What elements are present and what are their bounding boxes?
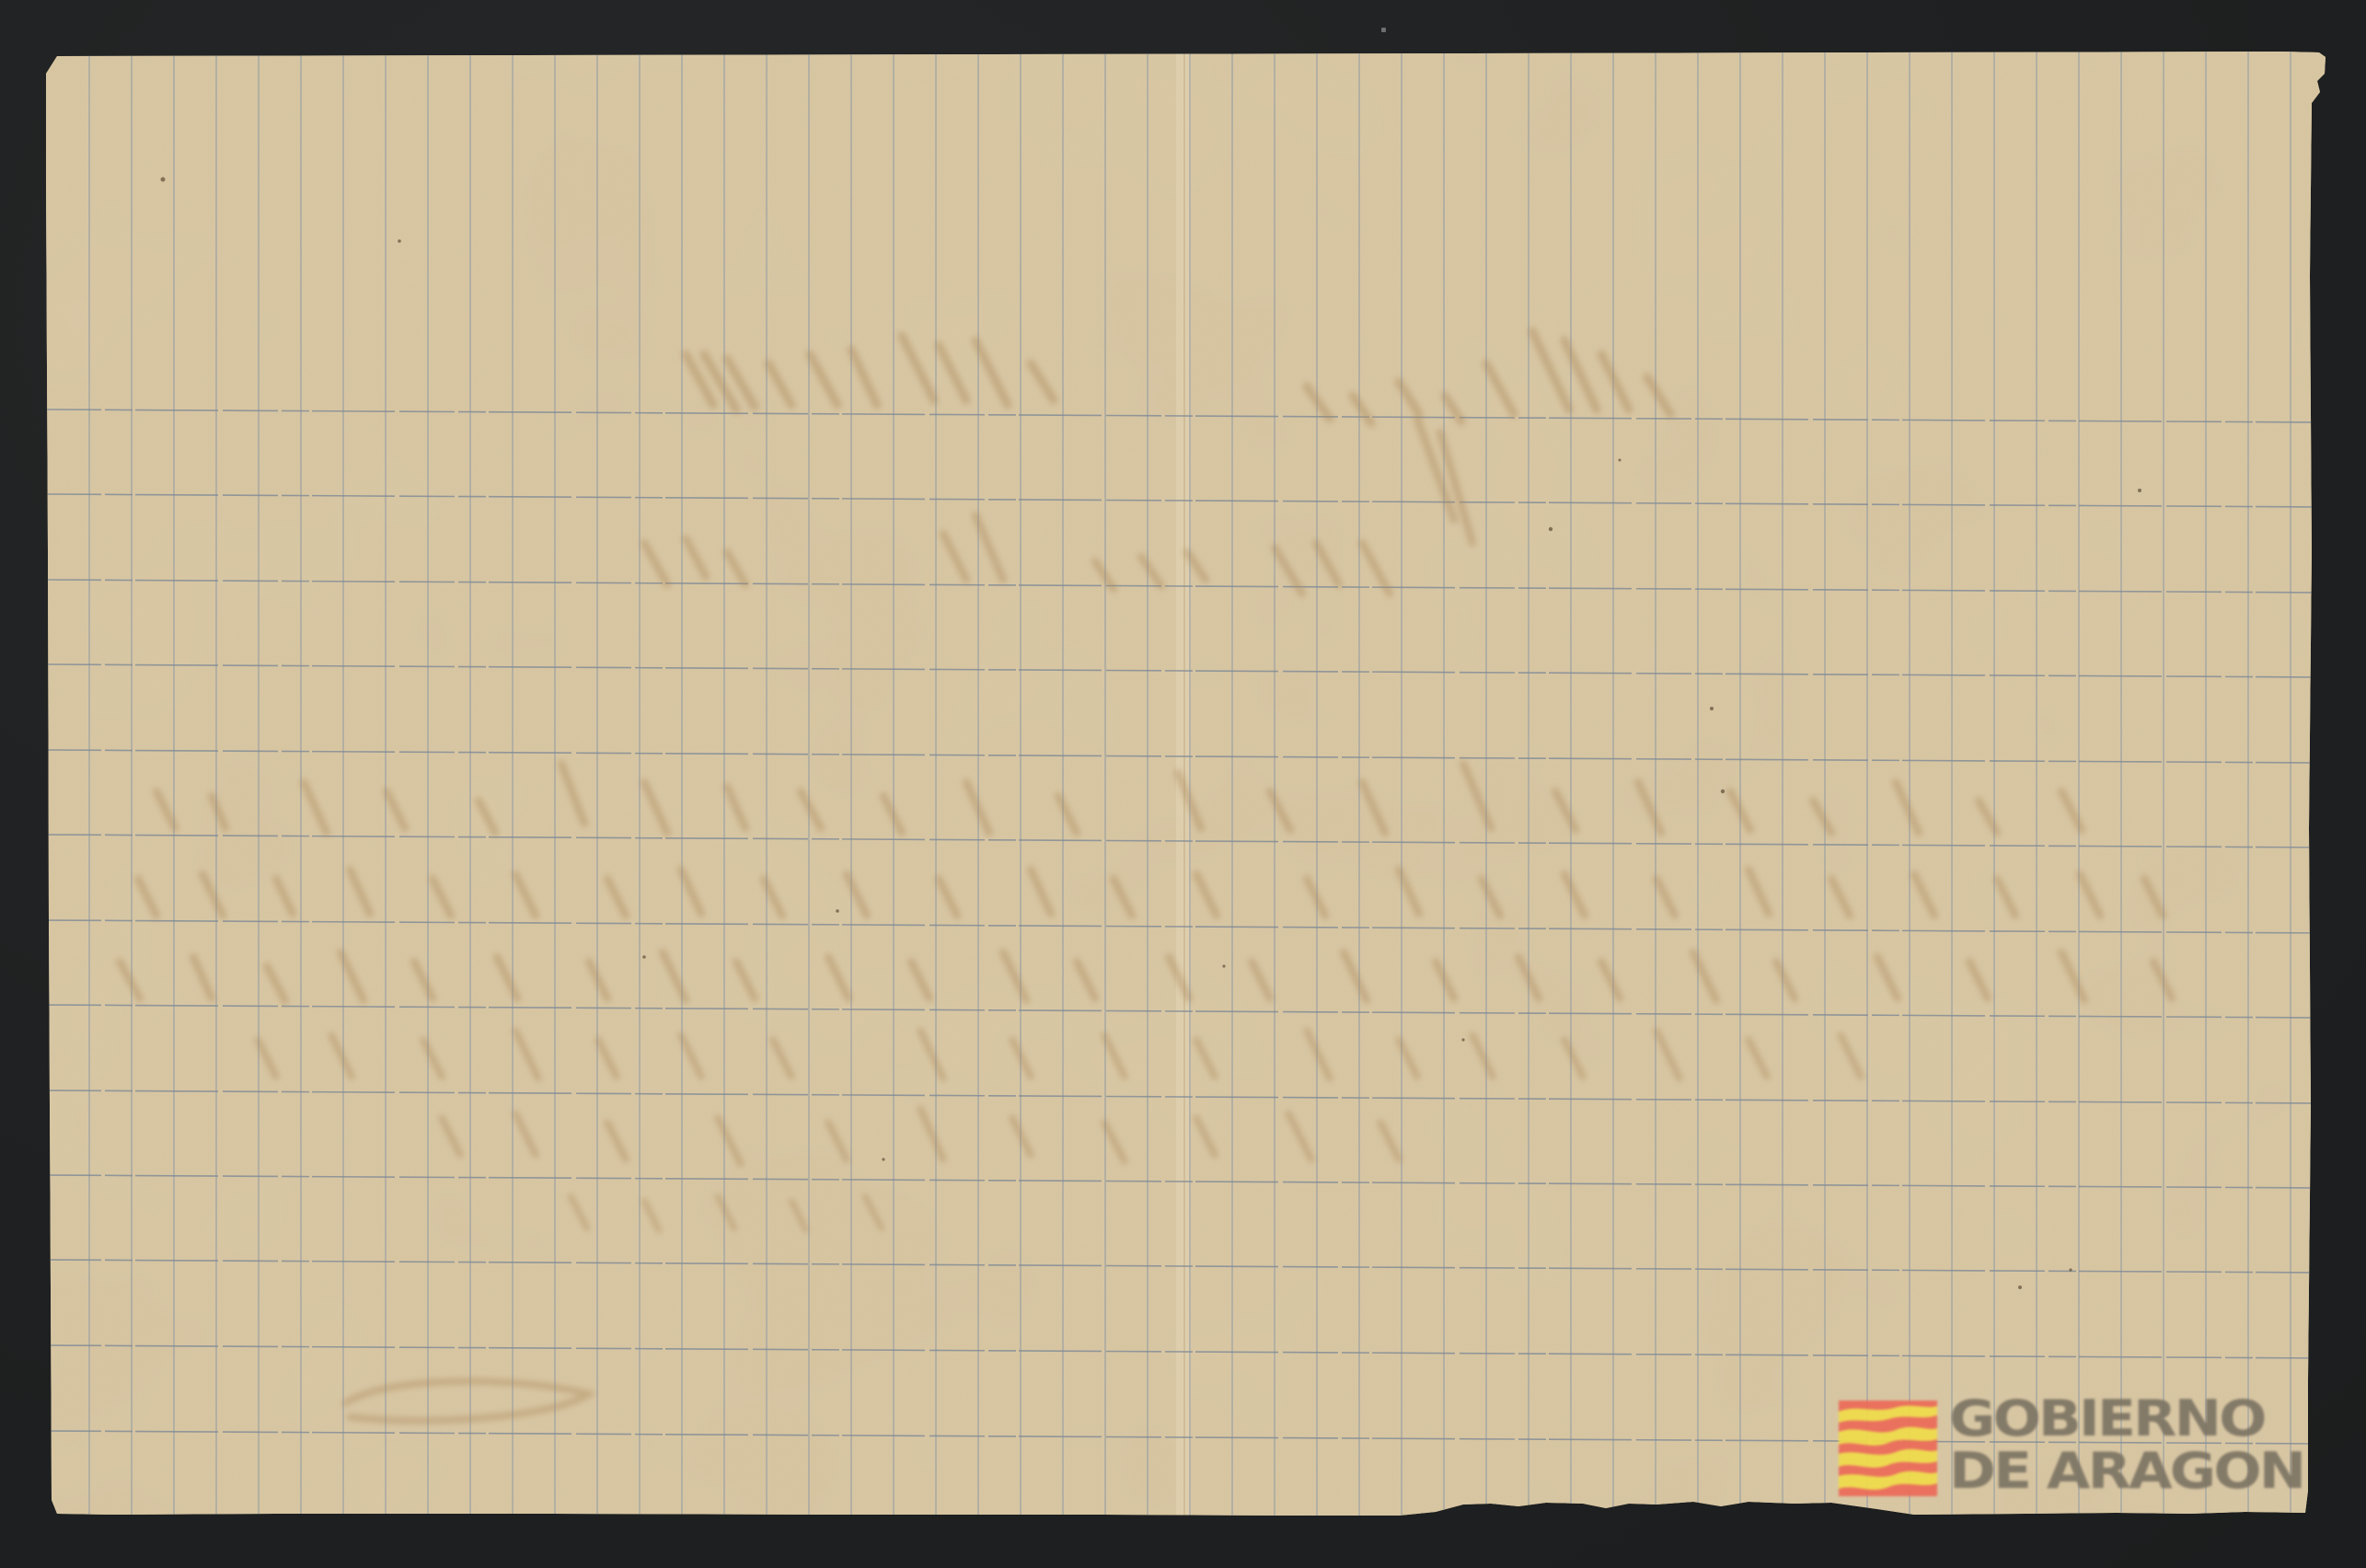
- watermark-line-2: DE ARAGON: [1949, 1449, 2303, 1493]
- watermark-line-1: GOBIERNO: [1949, 1397, 2303, 1440]
- gobierno-de-aragon-watermark: GOBIERNO DE ARAGON: [1837, 1397, 2306, 1500]
- paper-sheet: [0, 0, 2366, 1568]
- aragon-flag-icon: [1839, 1401, 1937, 1496]
- watermark-text: GOBIERNO DE ARAGON: [1949, 1397, 2330, 1502]
